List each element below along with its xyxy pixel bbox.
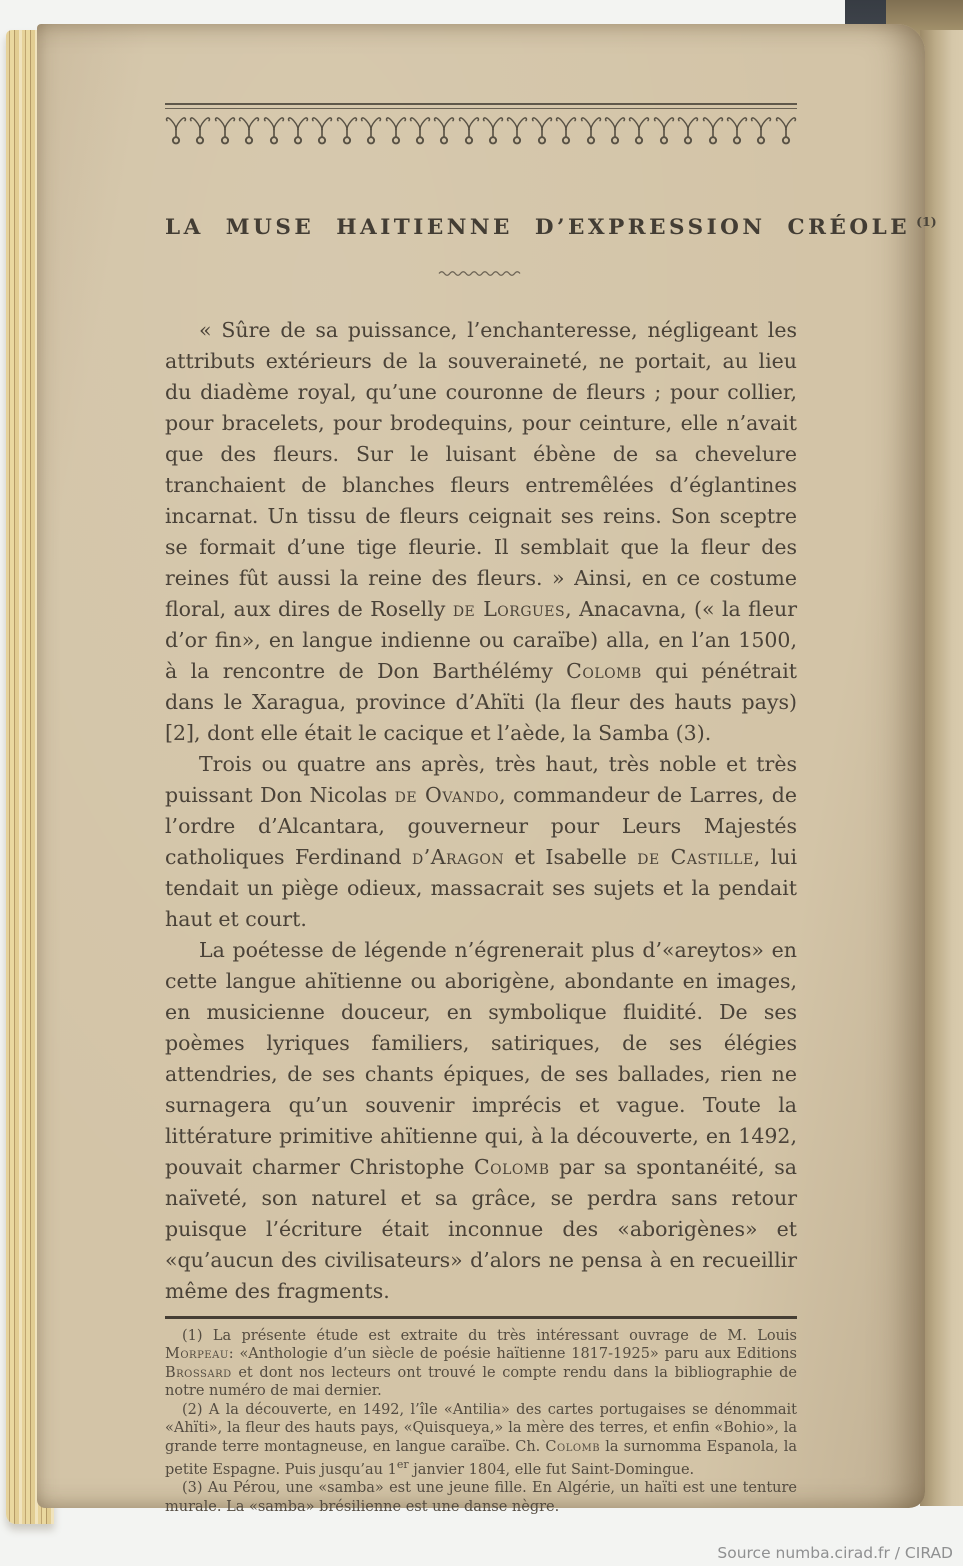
source-attribution: Source numba.cirad.fr / CIRAD (717, 1544, 953, 1562)
ornament-border-row (165, 116, 797, 152)
fleur-drop-ornament-icon (775, 116, 797, 150)
footnotes-block: (1) La présente étude est extraite du tr… (165, 1327, 797, 1517)
footnote: (3) Au Pérou, une «samba» est une jeune … (165, 1479, 797, 1516)
fleur-drop-ornament-icon (506, 116, 528, 150)
fleur-drop-ornament-icon (311, 116, 333, 150)
fleur-drop-ornament-icon (165, 116, 187, 150)
paragraph: « Sûre de sa puissance, l’enchanteresse,… (165, 315, 797, 749)
facing-page-gutter (920, 30, 963, 1506)
fleur-drop-ornament-icon (409, 116, 431, 150)
footnote-rule (165, 1316, 797, 1319)
fleur-drop-ornament-icon (531, 116, 553, 150)
paragraph: Trois ou quatre ans après, très haut, tr… (165, 749, 797, 935)
fleur-drop-ornament-icon (653, 116, 675, 150)
fleur-drop-ornament-icon (482, 116, 504, 150)
footnote: (2) A la découverte, en 1492, l’île «Ant… (165, 1401, 797, 1480)
fleur-drop-ornament-icon (702, 116, 724, 150)
page-content-column: LA MUSE HAITIENNE D’EXPRESSION CRÉOLE(1)… (165, 24, 797, 1516)
fleur-drop-ornament-icon (604, 116, 626, 150)
double-rule-divider (165, 103, 797, 109)
fleur-drop-ornament-icon (677, 116, 699, 150)
article-body: « Sûre de sa puissance, l’enchanteresse,… (165, 315, 797, 1307)
fleur-drop-ornament-icon (336, 116, 358, 150)
fleur-drop-ornament-icon (360, 116, 382, 150)
title-block: LA MUSE HAITIENNE D’EXPRESSION CRÉOLE(1) (165, 214, 797, 240)
fleur-drop-ornament-icon (750, 116, 772, 150)
page-title: LA MUSE HAITIENNE D’EXPRESSION CRÉOLE(1) (165, 215, 937, 240)
paragraph: La poétesse de légende n’égrenerait plus… (165, 935, 797, 1307)
fleur-drop-ornament-icon (458, 116, 480, 150)
fleur-drop-ornament-icon (263, 116, 285, 150)
fleur-drop-ornament-icon (628, 116, 650, 150)
fleur-drop-ornament-icon (238, 116, 260, 150)
wavy-line-icon (438, 269, 524, 277)
header-ornament-block (165, 103, 797, 152)
fleur-drop-ornament-icon (189, 116, 211, 150)
fleur-drop-ornament-icon (385, 116, 407, 150)
scanned-book-page: LA MUSE HAITIENNE D’EXPRESSION CRÉOLE(1)… (0, 0, 963, 1566)
title-footnote-marker: (1) (916, 214, 937, 229)
fleur-drop-ornament-icon (214, 116, 236, 150)
fleur-drop-ornament-icon (580, 116, 602, 150)
document-page: LA MUSE HAITIENNE D’EXPRESSION CRÉOLE(1)… (37, 24, 925, 1508)
fleur-drop-ornament-icon (433, 116, 455, 150)
fleur-drop-ornament-icon (726, 116, 748, 150)
page-title-text: LA MUSE HAITIENNE D’EXPRESSION CRÉOLE (165, 215, 910, 240)
squiggle-divider (165, 262, 797, 281)
fleur-drop-ornament-icon (287, 116, 309, 150)
footnote: (1) La présente étude est extraite du tr… (165, 1327, 797, 1401)
fleur-drop-ornament-icon (555, 116, 577, 150)
